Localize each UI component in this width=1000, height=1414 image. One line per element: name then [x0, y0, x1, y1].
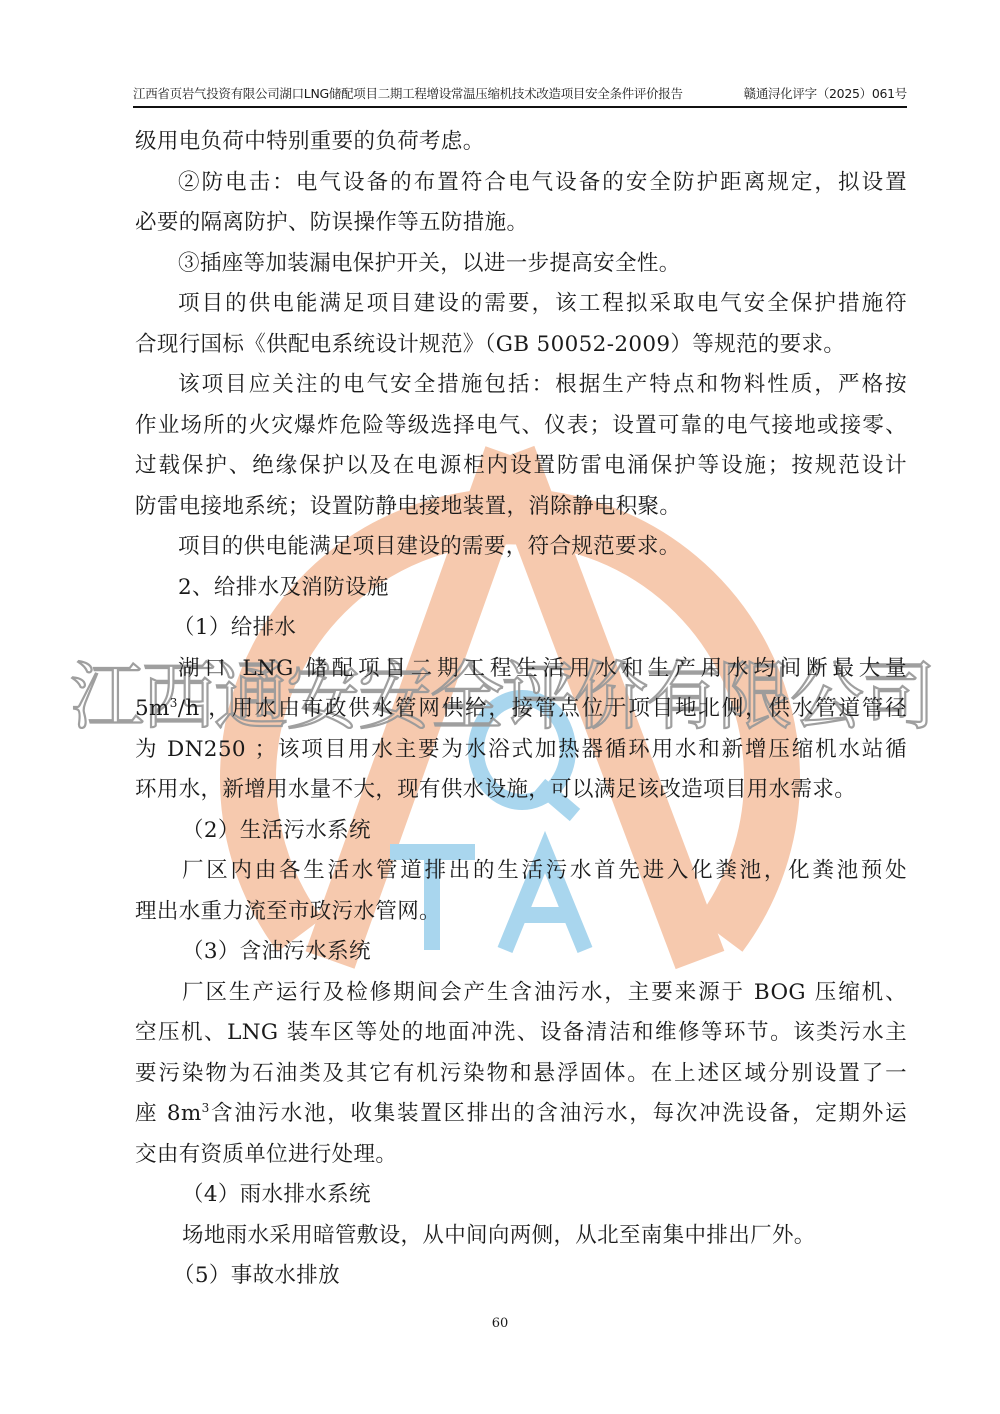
- paragraph-line: 防雷电接地系统；设置防静电接地装置，消除静电积聚。: [135, 487, 907, 528]
- header-doc-number: 赣通浔化评字（2025）061号: [744, 84, 907, 104]
- paragraph-line: 要污染物为石油类及其它有机污染物和悬浮固体。在上述区域分别设置了一: [135, 1054, 907, 1095]
- paragraph-line: 项目的供电能满足项目建设的需要，符合规范要求。: [135, 527, 907, 568]
- pool-volume-value: 座 8m: [135, 1101, 202, 1126]
- paragraph-line: 合现行国标《供配电系统设计规范》（GB 50052-2009）等规范的要求。: [135, 325, 907, 366]
- paragraph-line: 理出水重力流至市政污水管网。: [135, 892, 907, 933]
- paragraph-line: 环用水，新增用水量不大，现有供水设施，可以满足该改造项目用水需求。: [135, 770, 907, 811]
- superscript: 3: [170, 696, 178, 710]
- page-header: 江西省页岩气投资有限公司湖口LNG储配项目二期工程增设常温压缩机技术改造项目安全…: [133, 84, 907, 108]
- section-heading: 2、给排水及消防设施: [135, 568, 907, 609]
- paragraph-line: 场地雨水采用暗管敷设，从中间向两侧，从北至南集中排出厂外。: [135, 1216, 907, 1257]
- paragraph-line: 5m3/h ，用水由市政供水管网供给，接管点位于项目地北侧，供水管道管径: [135, 689, 907, 730]
- paragraph-line: ③插座等加装漏电保护开关，以进一步提高安全性。: [135, 244, 907, 285]
- subsection-heading: （4）雨水排水系统: [135, 1175, 907, 1216]
- paragraph-line: 为 DN250 ；该项目用水主要为水浴式加热器循环用水和新增压缩机水站循: [135, 730, 907, 771]
- paragraph-line: 空压机、LNG 装车区等处的地面冲洗、设备清洁和维修等环节。该类污水主: [135, 1013, 907, 1054]
- paragraph-line: 级用电负荷中特别重要的负荷考虑。: [135, 122, 907, 163]
- paragraph-line: 该项目应关注的电气安全措施包括：根据生产特点和物料性质，严格按: [135, 365, 907, 406]
- subsection-heading: （1）给排水: [135, 608, 907, 649]
- paragraph-text: 含油污水池，收集装置区排出的含油污水，每次冲洗设备，定期外运: [210, 1101, 907, 1126]
- paragraph-line: 交由有资质单位进行处理。: [135, 1135, 907, 1176]
- paragraph-line: 作业场所的火灾爆炸危险等级选择电气、仪表；设置可靠的电气接地或接零、: [135, 406, 907, 447]
- paragraph-line: 必要的隔离防护、防误操作等五防措施。: [135, 203, 907, 244]
- subsection-heading: （5）事故水排放: [135, 1256, 907, 1297]
- paragraph-line: 项目的供电能满足项目建设的需要，该工程拟采取电气安全保护措施符: [135, 284, 907, 325]
- subsection-heading: （2）生活污水系统: [135, 811, 907, 852]
- page-number: 60: [0, 1316, 1000, 1331]
- paragraph-line: ②防电击：电气设备的布置符合电气设备的安全防护距离规定，拟设置: [135, 163, 907, 204]
- paragraph-line: 过载保护、绝缘保护以及在电源柜内设置防雷电涌保护等设施；按规范设计: [135, 446, 907, 487]
- header-title: 江西省页岩气投资有限公司湖口LNG储配项目二期工程增设常温压缩机技术改造项目安全…: [133, 84, 683, 104]
- document-body: 级用电负荷中特别重要的负荷考虑。 ②防电击：电气设备的布置符合电气设备的安全防护…: [135, 122, 907, 1297]
- paragraph-text: /h ，用水由市政供水管网供给，接管点位于项目地北侧，供水管道管径: [178, 696, 907, 721]
- paragraph-line: 厂区生产运行及检修期间会产生含油污水，主要来源于 BOG 压缩机、: [135, 973, 907, 1014]
- paragraph-line: 湖口 LNG 储配项目二期工程生活用水和生产用水均间断最大量: [135, 649, 907, 690]
- subsection-heading: （3）含油污水系统: [135, 932, 907, 973]
- paragraph-line: 厂区内由各生活水管道排出的生活污水首先进入化粪池，化粪池预处: [135, 851, 907, 892]
- superscript: 3: [202, 1101, 210, 1115]
- flow-rate-value: 5m: [135, 696, 170, 721]
- paragraph-line: 座 8m3含油污水池，收集装置区排出的含油污水，每次冲洗设备，定期外运: [135, 1094, 907, 1135]
